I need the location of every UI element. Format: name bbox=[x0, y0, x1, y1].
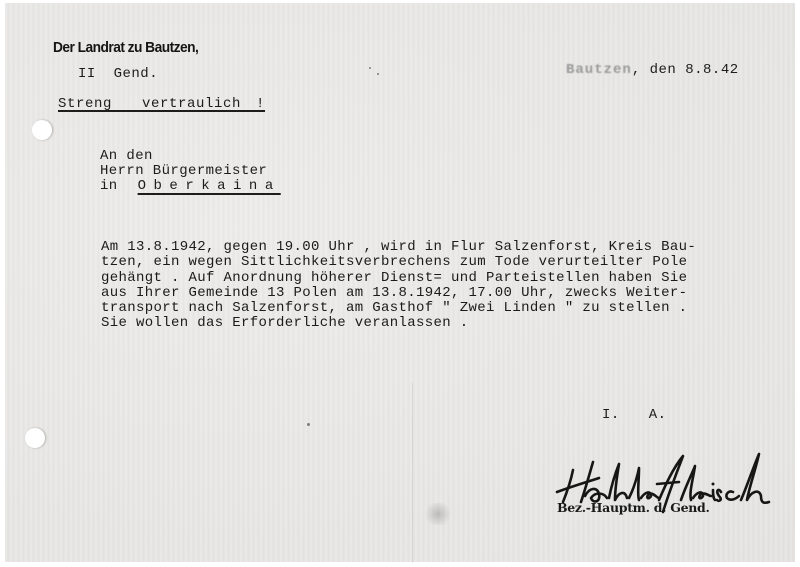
closing-ia: I. A. bbox=[602, 407, 667, 423]
signature-title: Bez.-Hauptm. d. Gend. bbox=[557, 500, 710, 515]
date-text: , den 8.8.42 bbox=[632, 62, 739, 78]
place-date-line: Bautzen, den 8.8.42 bbox=[566, 62, 739, 78]
punch-hole-top bbox=[32, 120, 52, 140]
classification-heading: Streng vertraulich ! bbox=[58, 96, 265, 112]
address-line-2: Herrn Bürgermeister bbox=[100, 164, 281, 179]
department-line: II Gend. bbox=[78, 66, 158, 82]
paper-smudge bbox=[423, 503, 453, 525]
place-stamp: Bautzen bbox=[566, 62, 632, 78]
address-line-1: An den bbox=[100, 149, 281, 164]
recipient-address: An den Herrn Bürgermeister inOberkaina bbox=[100, 149, 281, 194]
letter-body-line: tzen, ein wegen Sittlichkeitsverbrechens… bbox=[101, 255, 696, 270]
paper-speck bbox=[307, 423, 310, 426]
letter-body-line: Sie wollen das Erforderliche veranlassen… bbox=[101, 316, 696, 331]
punch-hole-bottom bbox=[25, 428, 45, 448]
letter-page: Der Landrat zu Bautzen, II Gend. Bautzen… bbox=[5, 3, 795, 562]
letter-body-line: aus Ihrer Gemeinde 13 Polen am 13.8.1942… bbox=[101, 286, 696, 301]
paper-speck bbox=[377, 73, 379, 75]
address-line-3: inOberkaina bbox=[100, 179, 281, 194]
letter-body: Am 13.8.1942, gegen 19.00 Uhr , wird in … bbox=[101, 240, 696, 332]
paper-speck bbox=[369, 67, 371, 69]
paper-fold-line bbox=[412, 383, 413, 563]
recipient-town: Oberkaina bbox=[138, 179, 281, 194]
letter-body-line: Am 13.8.1942, gegen 19.00 Uhr , wird in … bbox=[101, 240, 696, 255]
letter-body-line: transport nach Salzenforst, am Gasthof "… bbox=[101, 301, 696, 316]
address-prefix: in bbox=[100, 178, 118, 194]
letter-body-line: gehängt . Auf Anordnung höherer Dienst= … bbox=[101, 271, 696, 286]
letterhead: Der Landrat zu Bautzen, bbox=[53, 39, 198, 56]
